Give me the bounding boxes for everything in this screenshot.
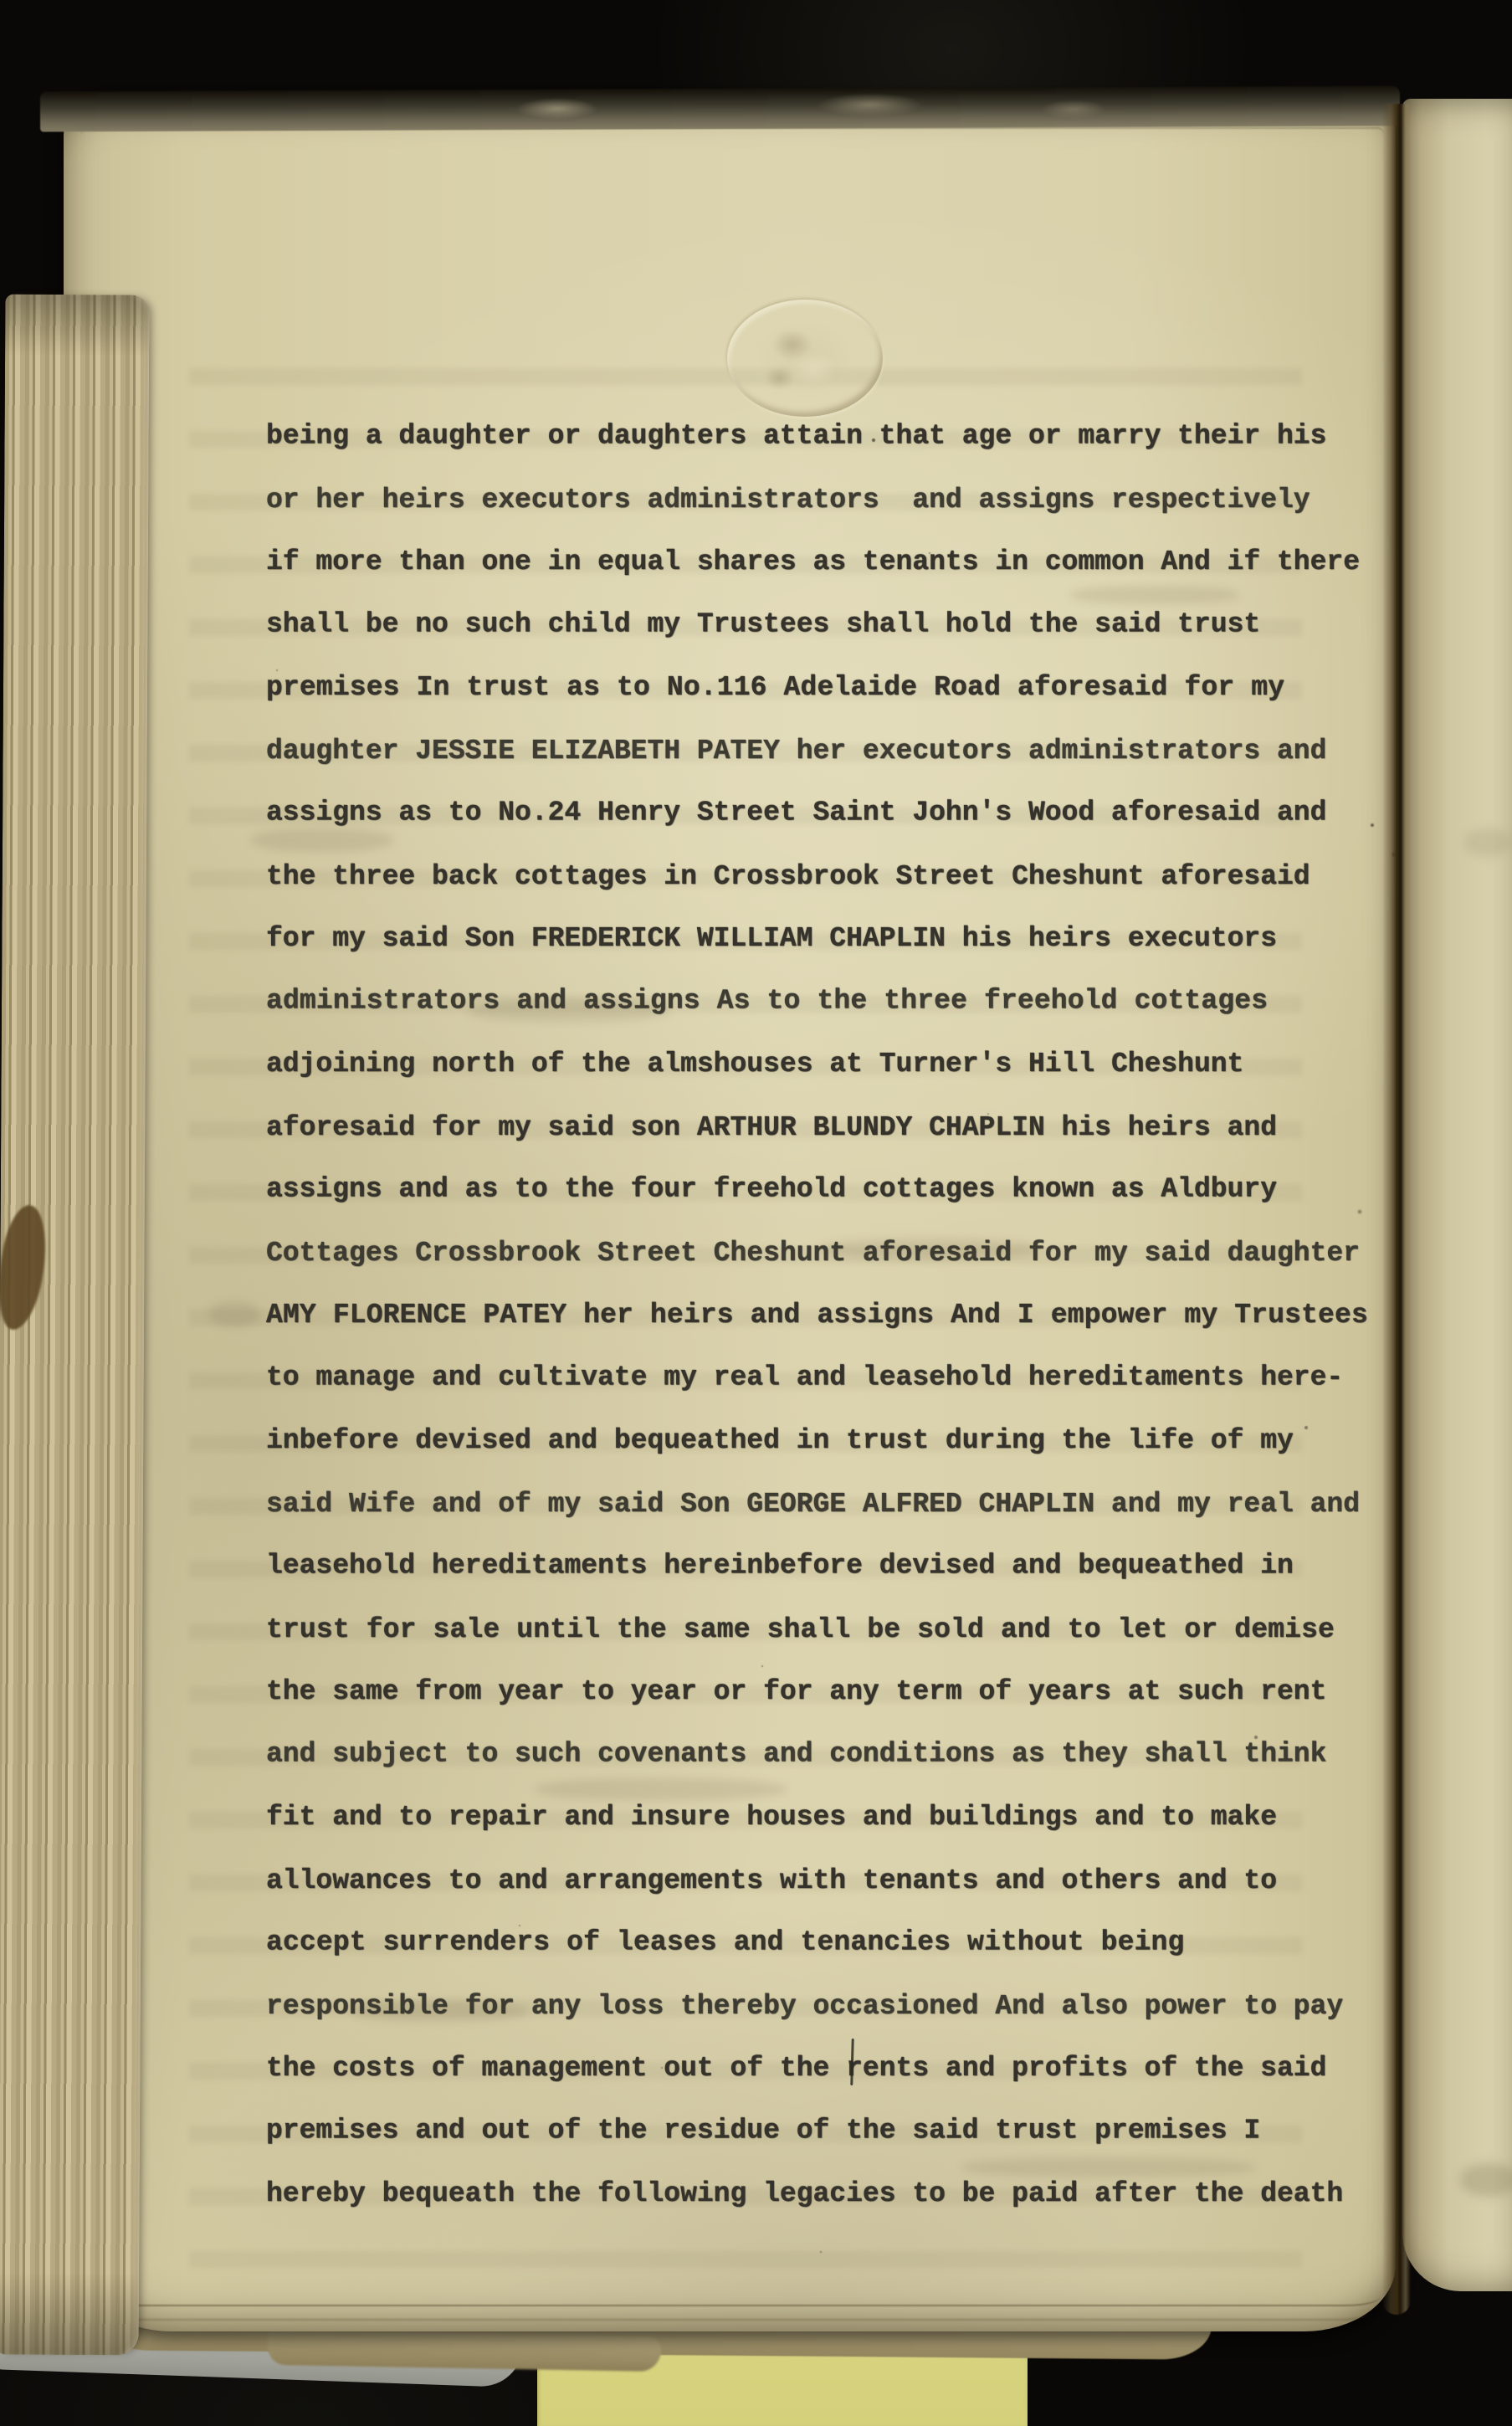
text-line: fit and to repair and insure houses and … [266,1786,1438,1849]
text-line: Cottages Crossbrook Street Cheshunt afor… [266,1222,1438,1285]
text-line: accept surrenders of leases and tenancie… [266,1911,1438,1973]
text-line: said Wife and of my said Son GEORGE ALFR… [266,1473,1438,1536]
text-line: allowances to and arrangements with tena… [266,1849,1438,1912]
smudge [1464,828,1511,857]
text-line: and subject to such covenants and condit… [266,1722,1438,1785]
book-gutter [1382,104,1411,2315]
smudge [1460,2163,1512,2197]
main-page: being a daughter or daughters attain tha… [64,99,1396,2331]
smudge [209,1301,259,1326]
text-line: premises In trust as to No.116 Adelaide … [266,656,1438,719]
text-line: administrators and assigns As to the thr… [266,969,1438,1032]
bottom-crease-inner [97,2309,1371,2321]
text-line: responsible for any loss thereby occasio… [266,1975,1438,2038]
text-line: leasehold hereditaments hereinbefore dev… [266,1534,1438,1597]
text-line: adjoining north of the almshouses at Tur… [266,1033,1438,1095]
book-top-edges [40,85,1400,131]
text-line: shall be no such child my Trustees shall… [266,592,1438,655]
text-line: to manage and cultivate my real and leas… [266,1346,1438,1408]
edge-stain [0,1202,54,1332]
text-line: hereby bequeath the following legacies t… [266,2162,1438,2225]
page-edge-stack [0,295,149,2356]
text-line: aforesaid for my said son ARTHUR BLUNDY … [266,1096,1438,1159]
text-line: or her heirs executors administrators an… [266,469,1438,531]
text-line: assigns and as to the four freehold cott… [266,1157,1438,1220]
text-line: for my said Son FREDERICK WILLIAM CHAPLI… [266,907,1438,970]
text-line: if more than one in equal shares as tena… [266,531,1438,593]
text-line: inbefore devised and bequeathed in trust… [266,1409,1438,1472]
text-line: assigns as to No.24 Henry Street Saint J… [266,781,1438,844]
text-line: being a daughter or daughters attain tha… [266,404,1438,467]
text-line: the same from year to year or for any te… [266,1660,1438,1723]
text-line: trust for sale until the same shall be s… [266,1598,1438,1661]
page-bottom-edges-inner [268,2330,662,2372]
text-line: AMY FLORENCE PATEY her heirs and assigns… [266,1284,1438,1346]
text-line: daughter JESSIE ELIZABETH PATEY her exec… [266,720,1438,782]
embossed-seal-icon [727,300,883,417]
typewritten-text: being a daughter or daughters attain tha… [266,405,1438,2225]
text-line: the three back cottages in Crossbrook St… [266,845,1438,908]
next-page-edge [1402,99,1512,2291]
text-line: premises and out of the residue of the s… [266,2099,1438,2162]
book-scan: being a daughter or daughters attain tha… [0,0,1512,2426]
